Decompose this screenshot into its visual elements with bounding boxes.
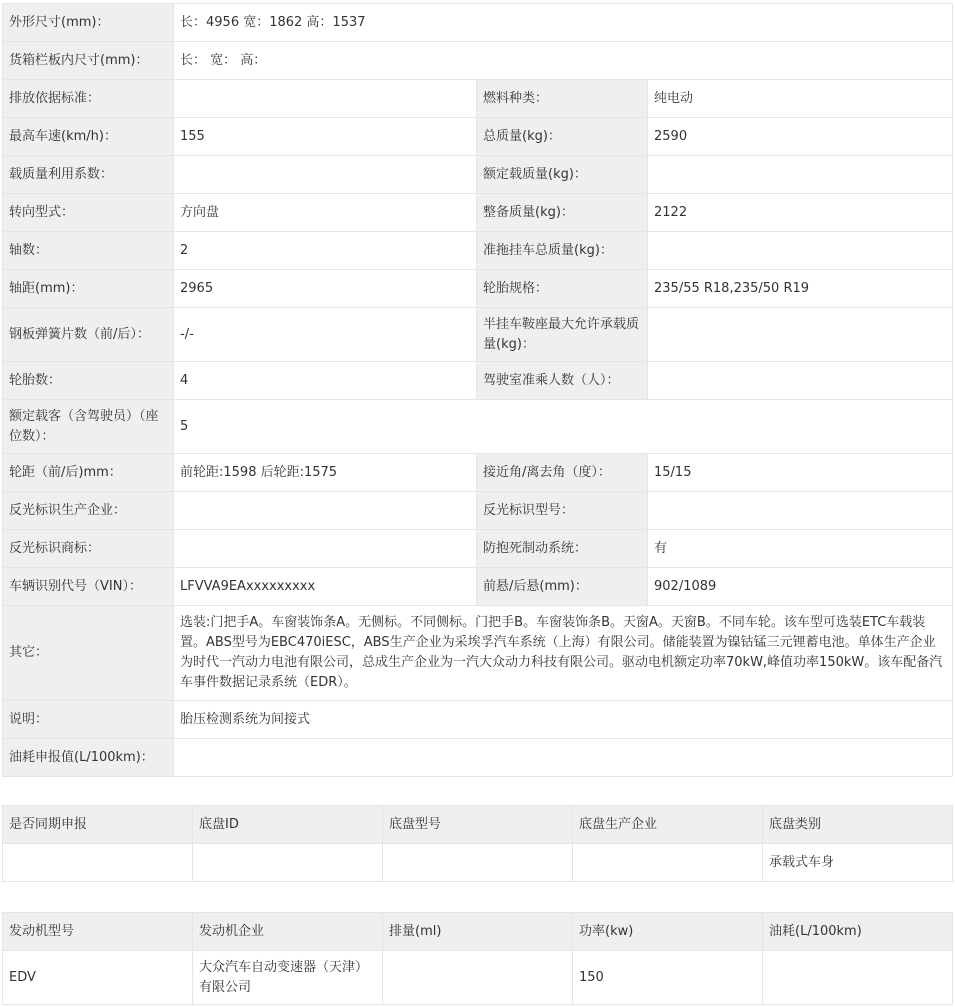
spec-label: 反光标识商标： bbox=[3, 530, 174, 568]
spec-label: 最高车速(km/h)： bbox=[3, 118, 174, 156]
spec-value: 2965 bbox=[174, 270, 477, 308]
table-cell bbox=[3, 844, 193, 882]
column-header: 发动机企业 bbox=[193, 913, 383, 951]
spec-label: 车辆识别代号（VIN）： bbox=[3, 568, 174, 606]
column-header: 是否同期申报 bbox=[3, 806, 193, 844]
spec-label: 反光标识生产企业： bbox=[3, 492, 174, 530]
spec-label: 货箱栏板内尺寸(mm)： bbox=[3, 42, 174, 80]
spec-value bbox=[174, 80, 477, 118]
spec-value: 长： 宽： 高： bbox=[174, 42, 953, 80]
spec-row-notes: 说明： 胎压检测系统为间接式 bbox=[3, 701, 953, 739]
spec-label: 其它： bbox=[3, 606, 174, 701]
column-header: 底盘型号 bbox=[383, 806, 573, 844]
spec-row-steering-curb: 转向型式： 方向盘 整备质量(kg)： 2122 bbox=[3, 194, 953, 232]
spec-value: 5 bbox=[174, 400, 953, 454]
spec-label: 接近角/离去角（度）： bbox=[477, 454, 648, 492]
spec-row-wheelbase-tires: 轴距(mm)： 2965 轮胎规格： 235/55 R18,235/50 R19 bbox=[3, 270, 953, 308]
table-row: EDV 大众汽车自动变速器（天津）有限公司 150 bbox=[3, 951, 953, 1005]
chassis-table: 是否同期申报 底盘ID 底盘型号 底盘生产企业 底盘类别 承载式车身 bbox=[2, 805, 953, 882]
spec-row-seats: 额定载客（含驾驶员）（座位数）： 5 bbox=[3, 400, 953, 454]
spec-value: LFVVA9EAxxxxxxxxx bbox=[174, 568, 477, 606]
spec-label: 总质量(kg)： bbox=[477, 118, 648, 156]
spec-label: 说明： bbox=[3, 701, 174, 739]
column-header: 发动机型号 bbox=[3, 913, 193, 951]
spec-value: 902/1089 bbox=[648, 568, 953, 606]
spec-value: 2590 bbox=[648, 118, 953, 156]
spec-value: 2122 bbox=[648, 194, 953, 232]
spec-value-other: 选装:门把手A。车窗装饰条A。无侧标。不同侧标。门把手B。车窗装饰条B。天窗A。… bbox=[174, 606, 953, 701]
spec-value bbox=[648, 492, 953, 530]
spec-value bbox=[648, 232, 953, 270]
table-cell bbox=[383, 844, 573, 882]
spec-label: 额定载客（含驾驶员）（座位数）： bbox=[3, 400, 174, 454]
spec-row-reflector-maker-model: 反光标识生产企业： 反光标识型号： bbox=[3, 492, 953, 530]
spec-label: 轮距（前/后)mm： bbox=[3, 454, 174, 492]
spec-value: 15/15 bbox=[648, 454, 953, 492]
spec-row-other: 其它： 选装:门把手A。车窗装饰条A。无侧标。不同侧标。门把手B。车窗装饰条B。… bbox=[3, 606, 953, 701]
spec-value: 方向盘 bbox=[174, 194, 477, 232]
spec-row-tire-count-cab: 轮胎数： 4 驾驶室准乘人数（人）： bbox=[3, 362, 953, 400]
spec-value bbox=[648, 362, 953, 400]
spec-value bbox=[174, 739, 953, 777]
spec-row-springs-saddle: 钢板弹簧片数（前/后）： -/- 半挂车鞍座最大允许承载质量(kg)： bbox=[3, 308, 953, 362]
spec-row-axles-trailer: 轴数： 2 准拖挂车总质量(kg)： bbox=[3, 232, 953, 270]
spec-value bbox=[174, 156, 477, 194]
spec-label: 燃料种类： bbox=[477, 80, 648, 118]
spec-value: 长：4956 宽：1862 高：1537 bbox=[174, 4, 953, 42]
spec-label: 转向型式： bbox=[3, 194, 174, 232]
spec-label: 排放依据标准： bbox=[3, 80, 174, 118]
spec-value: 纯电动 bbox=[648, 80, 953, 118]
spec-row-track-angles: 轮距（前/后)mm： 前轮距:1598 后轮距:1575 接近角/离去角（度）：… bbox=[3, 454, 953, 492]
spec-label: 防抱死制动系统： bbox=[477, 530, 648, 568]
spec-label: 轴数： bbox=[3, 232, 174, 270]
vehicle-spec-table: 外形尺寸(mm)： 长：4956 宽：1862 高：1537 货箱栏板内尺寸(m… bbox=[2, 3, 953, 777]
spec-label: 轴距(mm)： bbox=[3, 270, 174, 308]
table-cell: 大众汽车自动变速器（天津）有限公司 bbox=[193, 951, 383, 1005]
spec-label: 前悬/后悬(mm)： bbox=[477, 568, 648, 606]
spec-label: 轮胎规格： bbox=[477, 270, 648, 308]
spec-value: 2 bbox=[174, 232, 477, 270]
spec-row-reflector-brand-abs: 反光标识商标： 防抱死制动系统： 有 bbox=[3, 530, 953, 568]
table-row: 承载式车身 bbox=[3, 844, 953, 882]
spec-value bbox=[174, 492, 477, 530]
spec-row-vin-overhang: 车辆识别代号（VIN）： LFVVA9EAxxxxxxxxx 前悬/后悬(mm)… bbox=[3, 568, 953, 606]
spec-label: 整备质量(kg)： bbox=[477, 194, 648, 232]
spec-row-dimensions: 外形尺寸(mm)： 长：4956 宽：1862 高：1537 bbox=[3, 4, 953, 42]
column-header: 排量(ml) bbox=[383, 913, 573, 951]
spec-value: 前轮距:1598 后轮距:1575 bbox=[174, 454, 477, 492]
spec-value: 155 bbox=[174, 118, 477, 156]
spec-label: 半挂车鞍座最大允许承载质量(kg)： bbox=[477, 308, 648, 362]
spec-value bbox=[648, 156, 953, 194]
column-header: 底盘类别 bbox=[763, 806, 953, 844]
table-cell: 150 bbox=[573, 951, 763, 1005]
table-cell: 承载式车身 bbox=[763, 844, 953, 882]
spec-value: -/- bbox=[174, 308, 477, 362]
spec-value: 235/55 R18,235/50 R19 bbox=[648, 270, 953, 308]
table-cell bbox=[193, 844, 383, 882]
spec-label: 驾驶室准乘人数（人）： bbox=[477, 362, 648, 400]
spec-row-speed-mass: 最高车速(km/h)： 155 总质量(kg)： 2590 bbox=[3, 118, 953, 156]
spec-label: 反光标识型号： bbox=[477, 492, 648, 530]
table-cell bbox=[763, 951, 953, 1005]
spec-row-load: 载质量利用系数： 额定载质量(kg)： bbox=[3, 156, 953, 194]
spec-label: 外形尺寸(mm)： bbox=[3, 4, 174, 42]
table-cell: EDV bbox=[3, 951, 193, 1005]
spec-label: 准拖挂车总质量(kg)： bbox=[477, 232, 648, 270]
spec-label: 钢板弹簧片数（前/后）： bbox=[3, 308, 174, 362]
spec-value bbox=[174, 530, 477, 568]
column-header: 底盘生产企业 bbox=[573, 806, 763, 844]
spec-row-cargo-dimensions: 货箱栏板内尺寸(mm)： 长： 宽： 高： bbox=[3, 42, 953, 80]
spec-row-emission-fuel: 排放依据标准： 燃料种类： 纯电动 bbox=[3, 80, 953, 118]
spec-value: 4 bbox=[174, 362, 477, 400]
column-header: 功率(kw) bbox=[573, 913, 763, 951]
column-header: 油耗(L/100km) bbox=[763, 913, 953, 951]
column-header: 底盘ID bbox=[193, 806, 383, 844]
spec-label: 载质量利用系数： bbox=[3, 156, 174, 194]
table-cell bbox=[573, 844, 763, 882]
chassis-header-row: 是否同期申报 底盘ID 底盘型号 底盘生产企业 底盘类别 bbox=[3, 806, 953, 844]
engine-table: 发动机型号 发动机企业 排量(ml) 功率(kw) 油耗(L/100km) ED… bbox=[2, 912, 953, 1005]
spec-value: 有 bbox=[648, 530, 953, 568]
engine-header-row: 发动机型号 发动机企业 排量(ml) 功率(kw) 油耗(L/100km) bbox=[3, 913, 953, 951]
spec-label: 轮胎数： bbox=[3, 362, 174, 400]
table-cell bbox=[383, 951, 573, 1005]
spec-value: 胎压检测系统为间接式 bbox=[174, 701, 953, 739]
spec-label: 额定载质量(kg)： bbox=[477, 156, 648, 194]
spec-label: 油耗申报值(L/100km)： bbox=[3, 739, 174, 777]
spec-row-fuel-consumption: 油耗申报值(L/100km)： bbox=[3, 739, 953, 777]
spec-value bbox=[648, 308, 953, 362]
